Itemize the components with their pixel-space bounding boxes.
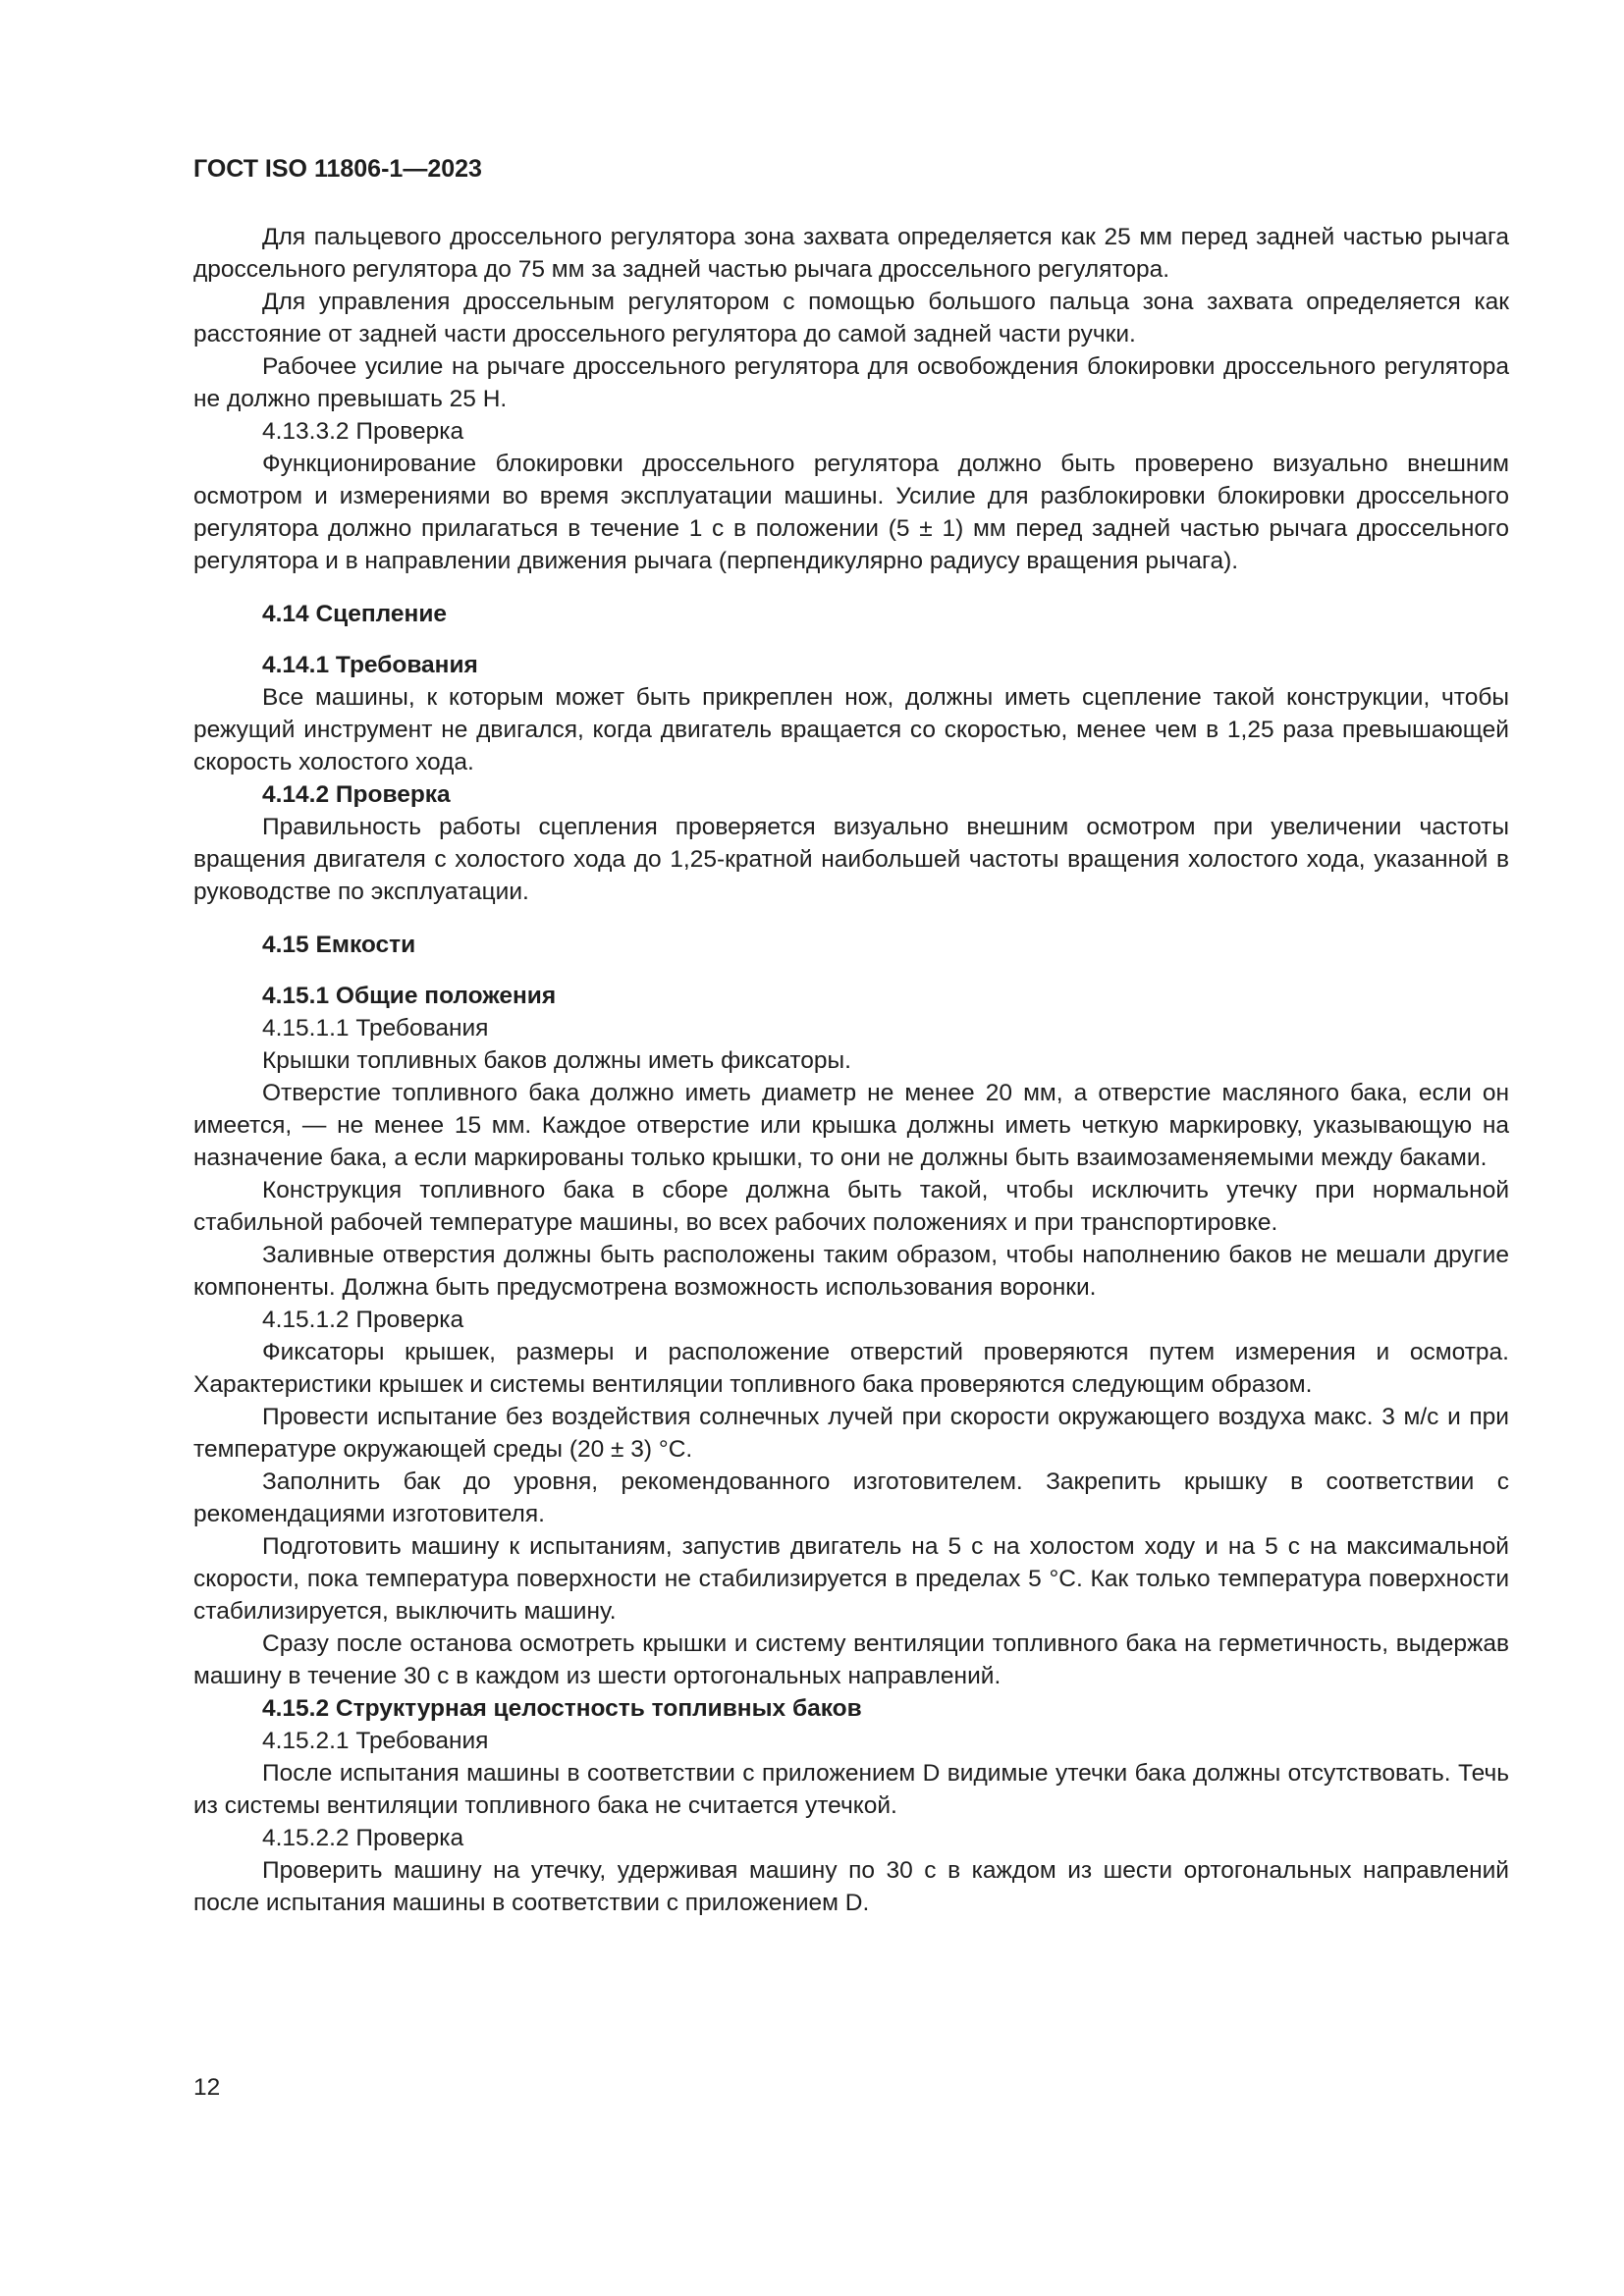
clause-label: 4.15.2.2 Проверка <box>193 1822 1509 1854</box>
paragraph: Заливные отверстия должны быть расположе… <box>193 1239 1509 1304</box>
clause-label: 4.13.3.2 Проверка <box>193 415 1509 448</box>
paragraph: Сразу после останова осмотреть крышки и … <box>193 1628 1509 1692</box>
page-number: 12 <box>193 2071 220 2104</box>
paragraph: Все машины, к которым может быть прикреп… <box>193 681 1509 778</box>
paragraph: Отверстие топливного бака должно иметь д… <box>193 1077 1509 1174</box>
paragraph: Рабочее усилие на рычаге дроссельного ре… <box>193 350 1509 415</box>
paragraph: Заполнить бак до уровня, рекомендованног… <box>193 1466 1509 1530</box>
paragraph: Провести испытание без воздействия солне… <box>193 1401 1509 1466</box>
section-heading: 4.14 Сцепление <box>193 598 1509 630</box>
paragraph: Конструкция топливного бака в сборе долж… <box>193 1174 1509 1239</box>
subsection-heading: 4.14.2 Проверка <box>193 778 1509 811</box>
paragraph: Подготовить машину к испытаниям, запусти… <box>193 1530 1509 1628</box>
paragraph: Проверить машину на утечку, удерживая ма… <box>193 1854 1509 1919</box>
clause-label: 4.15.1.2 Проверка <box>193 1304 1509 1336</box>
paragraph: Крышки топливных баков должны иметь фикс… <box>193 1044 1509 1077</box>
paragraph: Функционирование блокировки дроссельного… <box>193 448 1509 577</box>
subsection-heading: 4.14.1 Требования <box>193 649 1509 681</box>
section-heading: 4.15 Емкости <box>193 929 1509 961</box>
paragraph: Фиксаторы крышек, размеры и расположение… <box>193 1336 1509 1401</box>
paragraph: Для управления дроссельным регулятором с… <box>193 286 1509 350</box>
document-header: ГОСТ ISO 11806-1—2023 <box>193 147 1509 190</box>
document-page: ГОСТ ISO 11806-1—2023 Для пальцевого дро… <box>193 147 1509 1919</box>
subsection-heading: 4.15.2 Структурная целостность топливных… <box>193 1692 1509 1725</box>
document-body: Для пальцевого дроссельного регулятора з… <box>193 221 1509 1919</box>
paragraph: Для пальцевого дроссельного регулятора з… <box>193 221 1509 286</box>
paragraph: После испытания машины в соответствии с … <box>193 1757 1509 1822</box>
clause-label: 4.15.2.1 Требования <box>193 1725 1509 1757</box>
clause-label: 4.15.1.1 Требования <box>193 1012 1509 1044</box>
paragraph: Правильность работы сцепления проверяетс… <box>193 811 1509 908</box>
subsection-heading: 4.15.1 Общие положения <box>193 980 1509 1012</box>
